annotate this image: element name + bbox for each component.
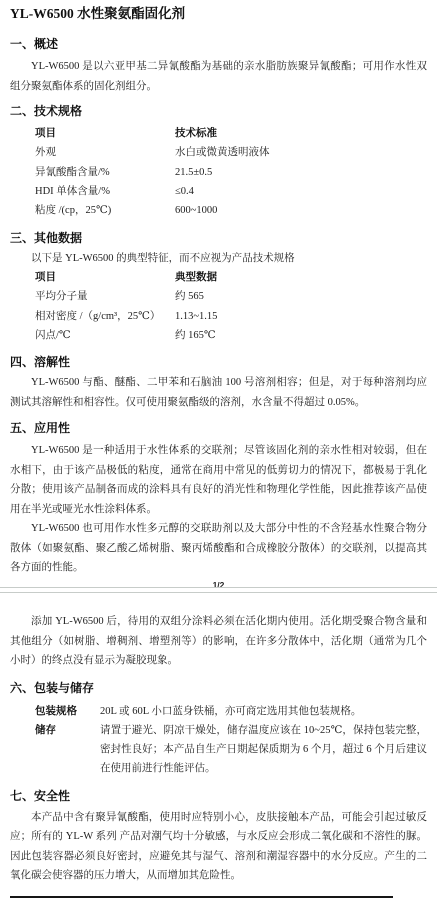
table-row: 异氰酸酯含量/% 21.5±0.5 [10, 163, 427, 182]
column-header-standard: 技术标准 [175, 124, 427, 143]
section-heading-other-data: 三、其他数据 [10, 231, 427, 246]
row-label: 储存 [10, 721, 100, 779]
section-heading-packaging: 六、包装与储存 [10, 681, 427, 696]
other-data-table: 项目 典型数据 平均分子量 约 565 相对密度 /（g/cm³，25℃） 1.… [10, 268, 427, 345]
application-paragraph-1: YL-W6500 是一种适用于水性体系的交联剂；尽管该固化剂的亲水性相对较弱，但… [10, 441, 427, 519]
packaging-table: 包装规格 20L 或 60L 小口蓝身铁桶，亦可商定选用其他包装规格。 储存 请… [10, 702, 427, 779]
tech-spec-table: 项目 技术标准 外观 水白或微黄透明液体 异氰酸酯含量/% 21.5±0.5 H… [10, 124, 427, 220]
solubility-paragraph: YL-W6500 与酯、醚酯、二甲苯和石脑油 100 号溶剂相容；但是，对于每种… [10, 373, 427, 412]
column-header-typical: 典型数据 [175, 268, 427, 287]
table-header-row: 项目 技术标准 [10, 124, 427, 143]
table-row: HDI 单体含量/% ≤0.4 [10, 182, 427, 201]
section-heading-overview: 一、概述 [10, 37, 427, 52]
row-label: 异氰酸酯含量/% [10, 163, 175, 182]
datasheet-document: YL-W6500 水性聚氨酯固化剂 一、概述 YL-W6500 是以六亚甲基二异… [0, 0, 437, 902]
row-value: 约 165℃ [175, 326, 427, 345]
row-label: 相对密度 /（g/cm³，25℃） [10, 307, 175, 326]
row-label: 平均分子量 [10, 287, 175, 306]
row-value: 水白或微黄透明液体 [175, 143, 427, 162]
footer-divider-line [10, 896, 393, 898]
page-2: 添加 YL-W6500 后，待用的双组分涂料必须在活化期内使用。活化期受聚合物含… [0, 593, 437, 902]
row-value: 约 565 [175, 287, 427, 306]
table-row: 包装规格 20L 或 60L 小口蓝身铁桶，亦可商定选用其他包装规格。 [10, 702, 427, 721]
row-label: 粘度 /(cp，25℃) [10, 201, 175, 220]
table-row: 储存 请置于避光、阴凉干燥处，储存温度应该在 10~25℃，保持包装完整，密封性… [10, 721, 427, 779]
row-value: 1.13~1.15 [175, 307, 427, 326]
row-label: 包装规格 [10, 702, 100, 721]
section-heading-application: 五、应用性 [10, 421, 427, 436]
row-value: ≤0.4 [175, 182, 427, 201]
table-row: 平均分子量 约 565 [10, 287, 427, 306]
table-header-row: 项目 典型数据 [10, 268, 427, 287]
section-heading-solubility: 四、溶解性 [10, 355, 427, 370]
doc-title: YL-W6500 水性聚氨酯固化剂 [10, 6, 427, 22]
row-value: 请置于避光、阴凉干燥处，储存温度应该在 10~25℃，保持包装完整，密封性良好；… [100, 721, 427, 779]
row-label: 闪点/℃ [10, 326, 175, 345]
table-row: 相对密度 /（g/cm³，25℃） 1.13~1.15 [10, 307, 427, 326]
application-paragraph-3: 添加 YL-W6500 后，待用的双组分涂料必须在活化期内使用。活化期受聚合物含… [10, 612, 427, 671]
column-header-item: 项目 [10, 124, 175, 143]
row-value: 21.5±0.5 [175, 163, 427, 182]
page-1: YL-W6500 水性聚氨酯固化剂 一、概述 YL-W6500 是以六亚甲基二异… [0, 0, 437, 587]
safety-paragraph: 本产品中含有聚异氰酸酯，使用时应特别小心，皮肤接触本产品，可能会引起过敏反应；所… [10, 808, 427, 886]
row-label: 外观 [10, 143, 175, 162]
row-label: HDI 单体含量/% [10, 182, 175, 201]
section-heading-safety: 七、安全性 [10, 789, 427, 804]
row-value: 20L 或 60L 小口蓝身铁桶，亦可商定选用其他包装规格。 [100, 702, 427, 721]
overview-paragraph: YL-W6500 是以六亚甲基二异氰酸酯为基础的亲水脂肪族聚异氰酸酯；可用作水性… [10, 57, 427, 96]
application-paragraph-2: YL-W6500 也可用作水性多元醇的交联助剂以及大部分中性的不含羟基水性聚合物… [10, 519, 427, 578]
table-row: 外观 水白或微黄透明液体 [10, 143, 427, 162]
table-row: 粘度 /(cp，25℃) 600~1000 [10, 201, 427, 220]
section-heading-tech-spec: 二、技术规格 [10, 104, 427, 119]
column-header-item: 项目 [10, 268, 175, 287]
table-row: 闪点/℃ 约 165℃ [10, 326, 427, 345]
row-value: 600~1000 [175, 201, 427, 220]
other-data-note: 以下是 YL-W6500 的典型特征，而不应视为产品技术规格 [10, 249, 427, 269]
